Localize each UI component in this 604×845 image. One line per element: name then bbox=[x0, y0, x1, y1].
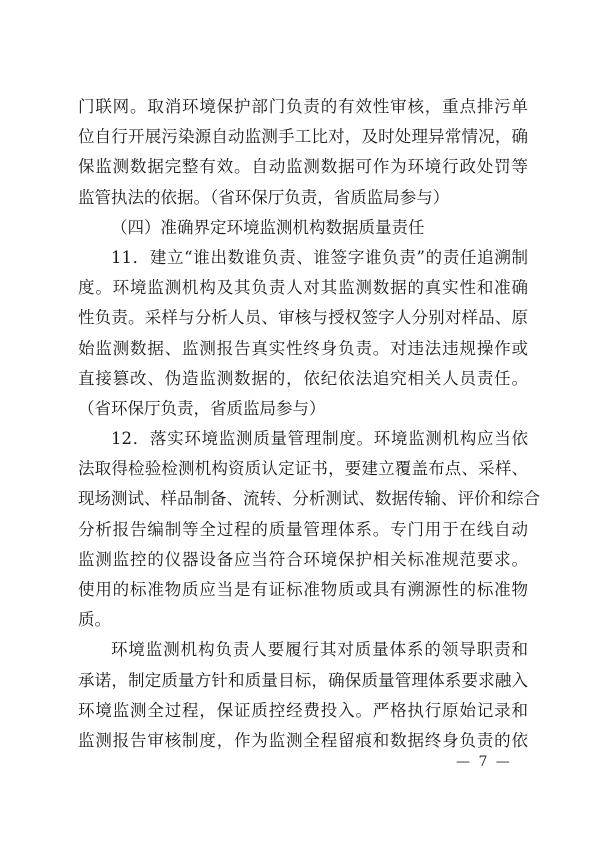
paragraph-line: 监管执法的依据。（省环保厅负责，省质监局参与） bbox=[78, 183, 528, 213]
paragraph-line: 性负责。采样与分析人员、审核与授权签字人分别对样品、原 bbox=[78, 303, 528, 333]
paragraph-line: 始监测数据、监测报告真实性终身负责。对违法违规操作或 bbox=[78, 334, 528, 364]
paragraph-line: 环境监测机构负责人要履行其对质量体系的领导职责和 bbox=[78, 635, 528, 665]
paragraph-line: 分析报告编制等全过程的质量管理体系。专门用于在线自动 bbox=[78, 515, 528, 545]
document-body: 门联网。取消环境保护部门负责的有效性审核，重点排污单 位自行开展污染源自动监测手… bbox=[78, 92, 528, 756]
page-number: — 7 — bbox=[456, 754, 512, 770]
paragraph-line: 位自行开展污染源自动监测手工比对，及时处理异常情况，确 bbox=[78, 122, 528, 152]
paragraph-line: 质。 bbox=[78, 605, 528, 635]
paragraph-line: 法取得检验检测机构资质认定证书，要建立覆盖布点、采样、 bbox=[78, 454, 528, 484]
paragraph-line: 环境监测全过程，保证质控经费投入。严格执行原始记录和 bbox=[78, 696, 528, 726]
paragraph-line: 11．建立“谁出数谁负责、谁签字谁负责”的责任追溯制 bbox=[78, 243, 528, 273]
paragraph-line: 门联网。取消环境保护部门负责的有效性审核，重点排污单 bbox=[78, 92, 528, 122]
paragraph-line: 保监测数据完整有效。自动监测数据可作为环境行政处罚等 bbox=[78, 152, 528, 182]
paragraph-line: 承诺，制定质量方针和质量目标，确保质量管理体系要求融入 bbox=[78, 666, 528, 696]
document-page: 门联网。取消环境保护部门负责的有效性审核，重点排污单 位自行开展污染源自动监测手… bbox=[0, 0, 604, 845]
paragraph-line: 监测监控的仪器设备应当符合环境保护相关标准规范要求。 bbox=[78, 545, 528, 575]
paragraph-line: 监测报告审核制度，作为监测全程留痕和数据终身负责的依 bbox=[78, 726, 528, 756]
paragraph-line: （省环保厅负责，省质监局参与） bbox=[78, 394, 528, 424]
paragraph-line: 使用的标准物质应当是有证标准物质或具有溯源性的标准物 bbox=[78, 575, 528, 605]
paragraph-line: 直接篡改、伪造监测数据的，依纪依法追究相关人员责任。 bbox=[78, 364, 528, 394]
paragraph-line: 度。环境监测机构及其负责人对其监测数据的真实性和准确 bbox=[78, 273, 528, 303]
paragraph-line: 现场测试、样品制备、流转、分析测试、数据传输、评价和综合 bbox=[78, 484, 528, 514]
paragraph-line: 12．落实环境监测质量管理制度。环境监测机构应当依 bbox=[78, 424, 528, 454]
section-heading: （四）准确界定环境监测机构数据质量责任 bbox=[78, 213, 528, 243]
